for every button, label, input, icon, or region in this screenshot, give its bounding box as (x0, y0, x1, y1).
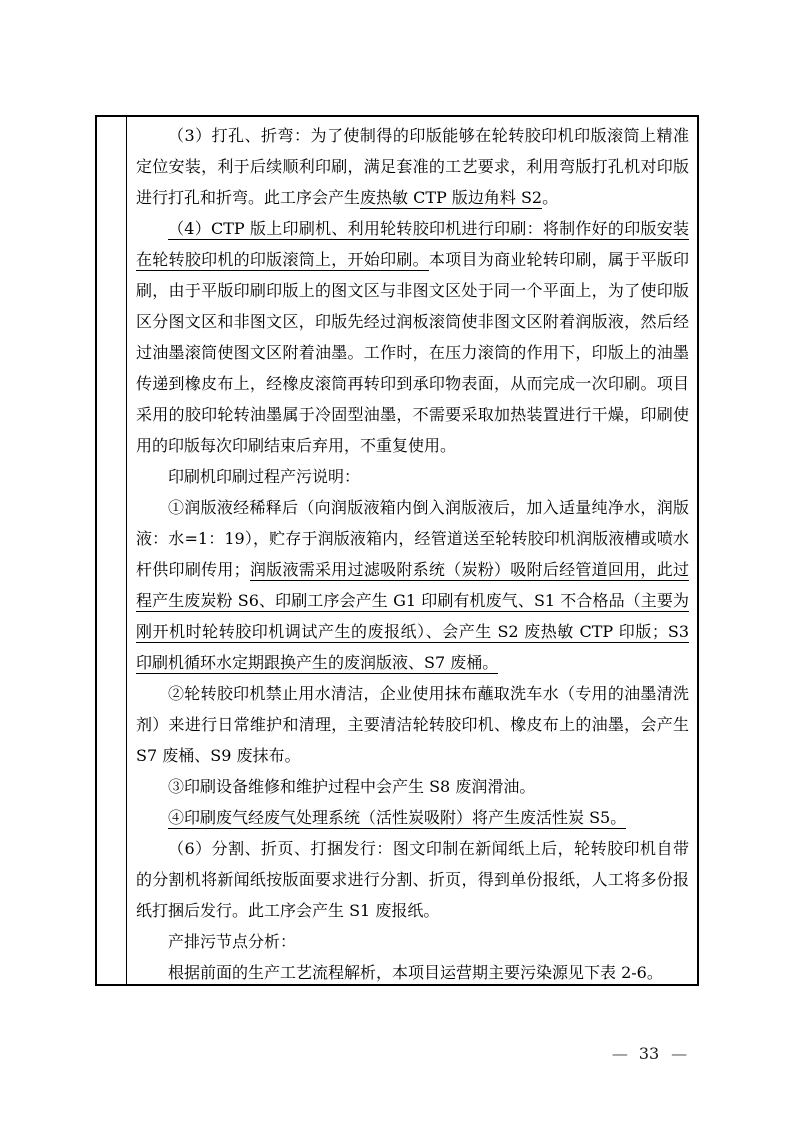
content-table-box: （3）打孔、折弯：为了使制得的印版能够在轮转胶印机印版滚筒上精准定位安装，利于后… (95, 115, 699, 986)
page-number-dash-right: — (671, 1044, 686, 1063)
page-number: — 33 — (601, 1044, 697, 1063)
text-run: ③印刷设备维修和维护过程中会产生 S8 废润滑油。 (168, 777, 535, 796)
text-run: （6）分割、折页、打捆发行：图文印制在新闻纸上后，轮转胶印机自带的分割机将新闻纸… (136, 839, 689, 920)
page-number-dash-left: — (612, 1044, 627, 1063)
text-run: 根据前面的生产工艺流程解析，本项目运营期主要污染源见下表 2-6。 (168, 963, 663, 982)
underlined-text-run: ④印刷废气经废气处理系统（活性炭吸附）将产生废活性炭 S5。 (168, 808, 626, 829)
underlined-text-run: 废热敏 CTP 版边角料 S2 (360, 188, 542, 209)
para-note-1-fountain-solution: ①润版液经稀释后（向润版液箱内倒入润版液后，加入适量纯净水，润版液：水=1：19… (136, 492, 689, 678)
para-printing-pollution-note: 印刷机印刷过程产污说明： (136, 461, 689, 492)
text-run: 印刷机印刷过程产污说明： (168, 467, 360, 486)
document-page: { "content": { "paragraphs": [ { "name":… (0, 0, 793, 1122)
para-step6-cutting-folding: （6）分割、折页、打捆发行：图文印制在新闻纸上后，轮转胶印机自带的分割机将新闻纸… (136, 833, 689, 926)
para-step3-punching-bending: （3）打孔、折弯：为了使制得的印版能够在轮转胶印机印版滚筒上精准定位安装，利于后… (136, 120, 689, 213)
para-note-3-maintenance: ③印刷设备维修和维护过程中会产生 S8 废润滑油。 (136, 771, 689, 802)
text-run: 产排污节点分析： (168, 932, 296, 951)
para-pollution-node-analysis: 产排污节点分析： (136, 926, 689, 957)
para-note-2-cleaning: ②轮转胶印机禁止用水清洁，企业使用抹布蘸取洗车水（专用的油墨清洗剂）来进行日常维… (136, 678, 689, 771)
text-run: ②轮转胶印机禁止用水清洁，企业使用抹布蘸取洗车水（专用的油墨清洗剂）来进行日常维… (136, 684, 689, 765)
para-step4-ctp-printing: （4）CTP 版上印刷机、利用轮转胶印机进行印刷：将制作好的印版安装在轮转胶印机… (136, 213, 689, 461)
para-table-reference: 根据前面的生产工艺流程解析，本项目运营期主要污染源见下表 2-6。 (136, 957, 689, 984)
page-number-value: 33 (639, 1044, 659, 1063)
document-body: （3）打孔、折弯：为了使制得的印版能够在轮转胶印机印版滚筒上精准定位安装，利于后… (127, 117, 697, 984)
para-note-4-waste-gas: ④印刷废气经废气处理系统（活性炭吸附）将产生废活性炭 S5。 (136, 802, 689, 833)
text-run: 。 (542, 188, 558, 207)
table-left-gutter-cell (97, 117, 127, 984)
text-run: 本项目为商业轮转印刷，属于平版印刷，由于平版印刷印版上的图文区与非图文区处于同一… (136, 250, 689, 455)
